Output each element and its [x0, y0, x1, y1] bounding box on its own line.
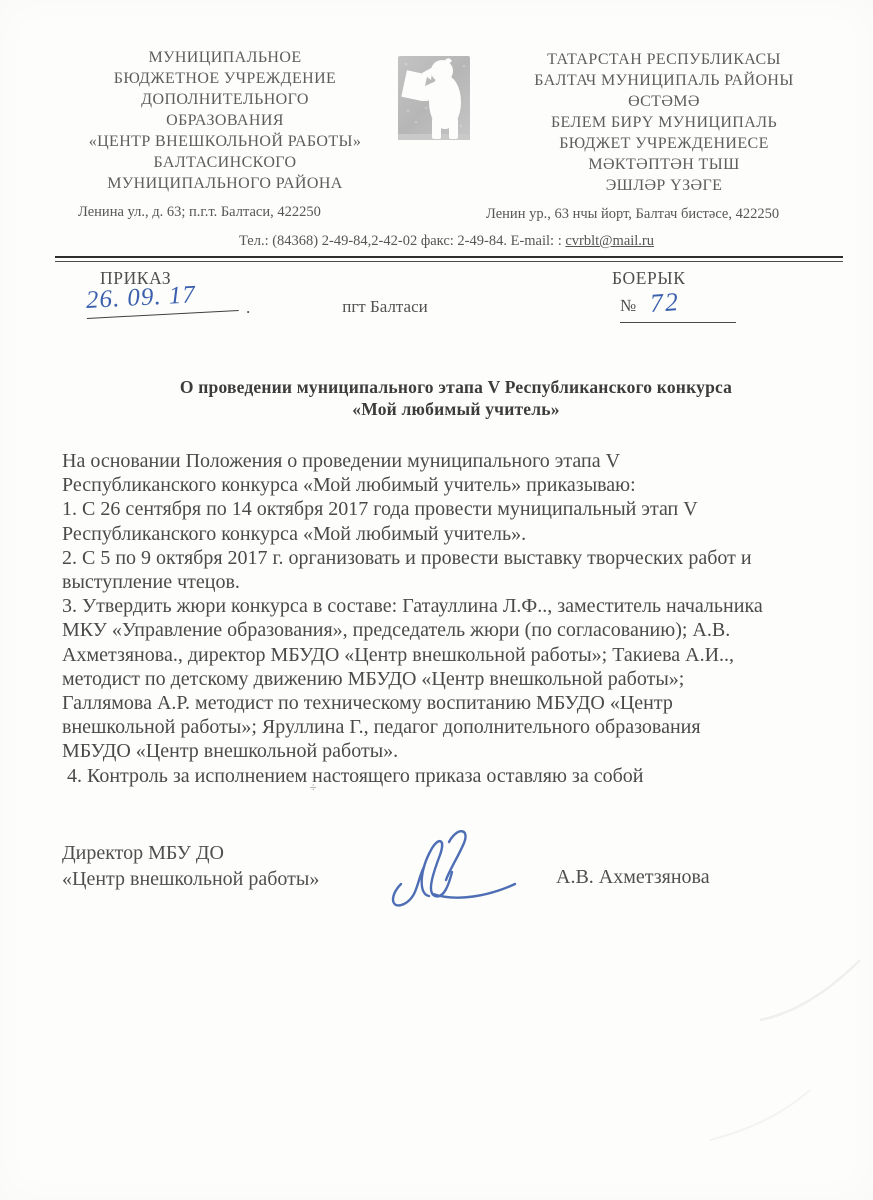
body-text-line: внешкольной работы»; Яруллина Г., педаго… [62, 715, 852, 739]
org-name-russian: МУНИЦИПАЛЬНОЕБЮДЖЕТНОЕ УЧРЕЖДЕНИЕДОПОЛНИ… [58, 47, 392, 194]
signer-name: А.В. Ахметзянова [556, 866, 710, 889]
body-text-line: Республиканского конкурса «Мой любимый у… [62, 522, 852, 546]
bear-emblem-logo [398, 56, 470, 145]
boerik-label: БОЕРЫК [612, 268, 686, 289]
body-text-line: На основании Положения о проведении муни… [62, 449, 852, 473]
body-text-line: 2. С 5 по 9 октября 2017 г. организовать… [62, 546, 852, 570]
body-text-line: Республиканского конкурса «Мой любимый у… [62, 473, 852, 497]
title-line-2: «Мой любимый учитель» [76, 399, 836, 421]
header-divider-thick [55, 256, 843, 258]
org-name-line: МУНИЦИПАЛЬНОЕ [58, 47, 392, 68]
org-name-line: ТАТАРСТАН РЕСПУБЛИКАСЫ [466, 49, 862, 70]
org-name-line: БЮДЖЕТ УЧРЕЖДЕНИЕСЕ [466, 133, 862, 154]
place-label: пгт Балтаси [285, 297, 485, 317]
org-name-line: БЮДЖЕТНОЕ УЧРЕЖДЕНИЕ [58, 68, 392, 89]
order-number-row: №72 [620, 288, 736, 323]
body-text-line: методист по детскому движению МБУДО «Цен… [62, 667, 852, 691]
org-name-line: ОБРАЗОВАНИЯ [58, 110, 392, 131]
org-name-line: МУНИЦИПАЛЬНОГО РАЙОНА [58, 173, 392, 194]
org-name-line: МӘКТӘПТӘН ТЫШ [466, 154, 862, 175]
address-tatar: Ленин ур., 63 нчы йорт, Балтач бистәсе, … [486, 206, 779, 223]
org-name-line: БАЛТАСИНСКОГО [58, 152, 392, 173]
body-text-line: МКУ «Управление образования», председате… [62, 618, 852, 642]
scan-artifact-curve [700, 930, 873, 1150]
org-name-line: «ЦЕНТР ВНЕШКОЛЬНОЙ РАБОТЫ» [58, 131, 392, 152]
body-text-line: Ахметзянова., директор МБУДО «Центр внеш… [62, 643, 852, 667]
email-address: cvrblt@mail.ru [565, 233, 654, 249]
bear-emblem-icon [398, 56, 470, 145]
org-name-line: ЭШЛӘР ҮЗӘГЕ [466, 175, 862, 196]
document-title: О проведении муниципального этапа V Респ… [76, 377, 836, 420]
title-line-1: О проведении муниципального этапа V Респ… [76, 377, 836, 399]
date-period: . [246, 298, 250, 318]
contact-line: Тел.: (84368) 2-49-84,2-42-02 факс: 2-49… [40, 233, 853, 250]
signer-position-line-1: Директор МБУ ДО [62, 840, 319, 866]
handwritten-signature [385, 822, 530, 924]
body-text-line: Галлямова А.Р. методист по техническому … [62, 691, 852, 715]
scan-artifact-mark: ÷ [310, 780, 317, 795]
signer-position: Директор МБУ ДО «Центр внешкольной работ… [62, 840, 319, 892]
body-text-line: 1. С 26 сентября по 14 октября 2017 года… [62, 497, 852, 521]
handwritten-date: 26. 09. 17 [85, 279, 238, 319]
handwritten-number: 72 [649, 287, 681, 319]
org-name-line: БАЛТАЧ МУНИЦИПАЛЬ РАЙОНЫ [466, 70, 862, 91]
org-name-line: ӨСТӘМӘ [466, 91, 862, 112]
body-text-line: 4. Контроль за исполнением настоящего пр… [62, 764, 852, 788]
signer-position-line-2: «Центр внешкольной работы» [62, 866, 319, 892]
header-divider-thin [55, 261, 843, 262]
body-text-line: 3. Утвердить жюри конкурса в составе: Га… [62, 594, 852, 618]
org-name-line: ДОПОЛНИТЕЛЬНОГО [58, 89, 392, 110]
address-russian: Ленина ул., д. 63; п.г.т. Балтаси, 42225… [78, 204, 321, 221]
phone-fax-text: Тел.: (84368) 2-49-84,2-42-02 факс: 2-49… [239, 233, 565, 249]
scanned-document-page: МУНИЦИПАЛЬНОЕБЮДЖЕТНОЕ УЧРЕЖДЕНИЕДОПОЛНИ… [0, 0, 873, 1200]
body-text-line: МБУДО «Центр внешкольной работы». [62, 739, 852, 763]
org-name-tatar: ТАТАРСТАН РЕСПУБЛИКАСЫБАЛТАЧ МУНИЦИПАЛЬ … [466, 49, 862, 196]
org-name-line: БЕЛЕМ БИРҮ МУНИЦИПАЛЬ [466, 112, 862, 133]
body-text-line: выступление чтецов. [62, 570, 852, 594]
order-body-text: На основании Положения о проведении муни… [62, 449, 852, 788]
number-sign: № [620, 296, 636, 315]
